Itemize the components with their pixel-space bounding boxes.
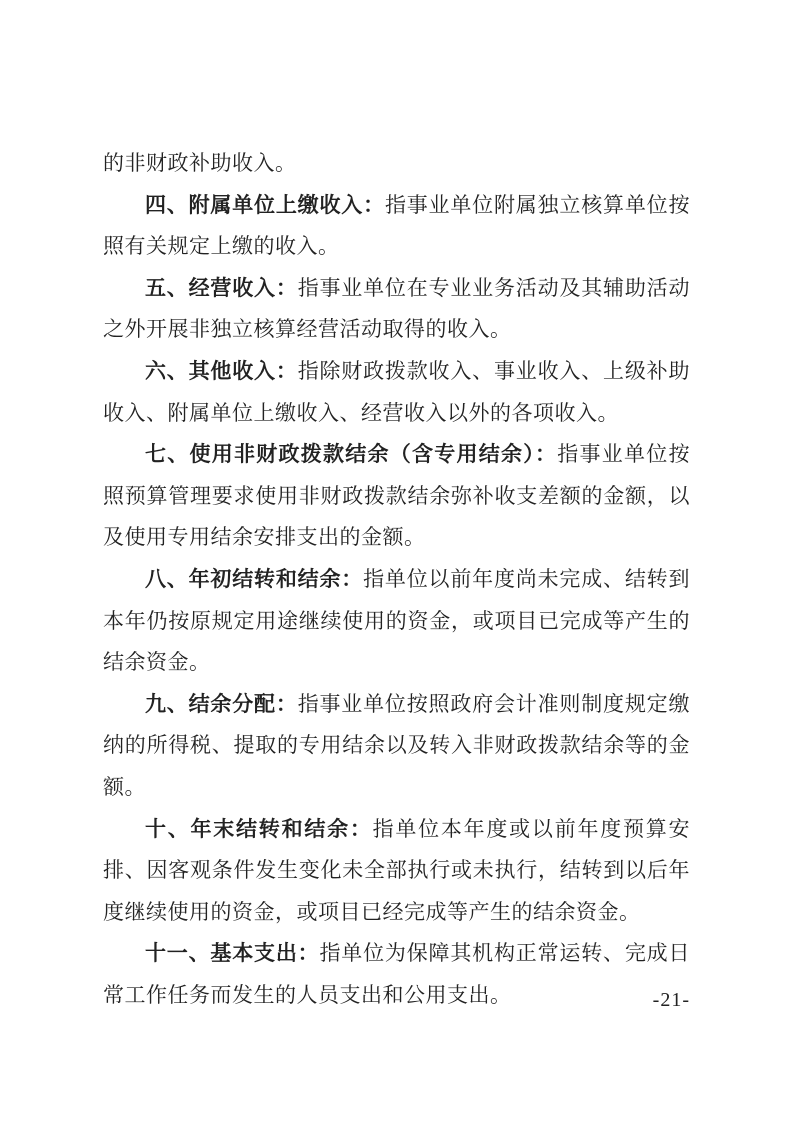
- paragraph-heading: 六、其他收入：: [145, 359, 298, 383]
- paragraph-text: 的非财政补助收入。: [103, 151, 297, 175]
- paragraph-item-6: 六、其他收入：指除财政拨款收入、事业收入、上级补助收入、附属单位上缴收入、经营收…: [103, 351, 690, 434]
- paragraph-heading: 七、使用非财政拨款结余（含专用结余）：: [145, 442, 557, 466]
- paragraph-item-8: 八、年初结转和结余：指单位以前年度尚未完成、结转到本年仍按原规定用途继续使用的资…: [103, 559, 690, 684]
- paragraph-item-9: 九、结余分配：指事业单位按照政府会计准则制度规定缴纳的所得税、提取的专用结余以及…: [103, 684, 690, 809]
- paragraph-item-5: 五、经营收入：指事业单位在专业业务活动及其辅助活动之外开展非独立核算经营活动取得…: [103, 268, 690, 351]
- paragraph-item-4: 四、附属单位上缴收入：指事业单位附属独立核算单位按照有关规定上缴的收入。: [103, 185, 690, 268]
- paragraph-heading: 八、年初结转和结余：: [145, 567, 363, 591]
- paragraph-heading: 九、结余分配：: [145, 692, 298, 716]
- paragraph-heading: 四、附属单位上缴收入：: [145, 193, 385, 217]
- paragraph-heading: 五、经营收入：: [145, 276, 298, 300]
- paragraph-heading: 十一、基本支出：: [145, 941, 320, 965]
- paragraph-item-7: 七、使用非财政拨款结余（含专用结余）：指事业单位按照预算管理要求使用非财政拨款结…: [103, 434, 690, 559]
- document-page: 的非财政补助收入。 四、附属单位上缴收入：指事业单位附属独立核算单位按照有关规定…: [0, 0, 793, 1122]
- paragraph-item-11: 十一、基本支出：指单位为保障其机构正常运转、完成日常工作任务而发生的人员支出和公…: [103, 933, 690, 1016]
- document-body: 的非财政补助收入。 四、附属单位上缴收入：指事业单位附属独立核算单位按照有关规定…: [103, 143, 690, 1016]
- paragraph-heading: 十、年末结转和结余：: [145, 817, 373, 841]
- page-number: -21-: [653, 988, 690, 1012]
- paragraph-item-10: 十、年末结转和结余：指单位本年度或以前年度预算安排、因客观条件发生变化未全部执行…: [103, 809, 690, 934]
- paragraph-continuation: 的非财政补助收入。: [103, 143, 690, 185]
